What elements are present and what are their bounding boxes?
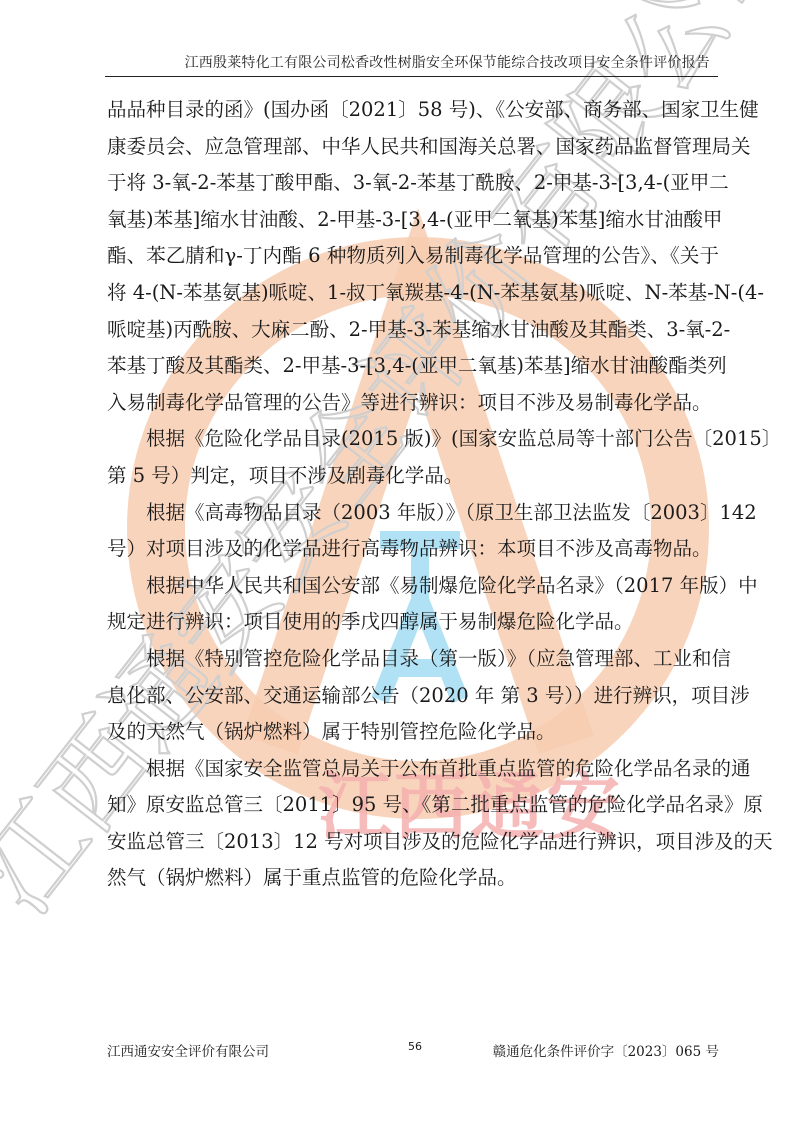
paragraph-explosive-precursors: 根据中华人民共和国公安部《易制爆危险化学品名录》（2017 年版）中 规定进行辨… xyxy=(107,568,719,641)
text-line: 知》原安监总管三〔2011〕95 号、《第二批重点监管的危险化学品名录》原 xyxy=(107,787,719,824)
text-line: 于将 3-氧-2-苯基丁酸甲酯、3-氧-2-苯基丁酰胺、2-甲基-3-[3,4-… xyxy=(107,165,719,202)
text-line: 酯、苯乙腈和γ-丁内酯 6 种物质列入易制毒化学品管理的公告》、《关于 xyxy=(107,238,719,275)
text-line: 然气（锅炉燃料）属于重点监管的危险化学品。 xyxy=(107,860,719,897)
text-line: 哌啶基)丙酰胺、大麻二酚、2-甲基-3-苯基缩水甘油酸及其酯类、3-氧-2- xyxy=(107,312,719,349)
text-line: 入易制毒化学品管理的公告》等进行辨识：项目不涉及易制毒化学品。 xyxy=(107,385,719,422)
page-number: 56 xyxy=(408,1040,422,1053)
paragraph-highly-toxic-chemicals: 根据《危险化学品目录(2015 版)》(国家安监总局等十部门公告〔2015〕 第… xyxy=(107,421,719,494)
paragraph-special-control-chemicals: 根据《特别管控危险化学品目录（第一版）》（应急管理部、工业和信 息化部、公安部、… xyxy=(107,641,719,751)
text-line: 品品种目录的函》(国办函〔2021〕58 号)、《公安部、商务部、国家卫生健 xyxy=(107,92,719,129)
text-line: 根据《国家安全监管总局关于公布首批重点监管的危险化学品名录的通 xyxy=(107,751,719,788)
text-line: 第 5 号）判定，项目不涉及剧毒化学品。 xyxy=(107,458,719,495)
text-line: 根据《高毒物品目录（2003 年版）》（原卫生部卫法监发〔2003〕142 xyxy=(107,495,719,532)
document-page: 江西通安 江西通安安全评价有限公司 江西殷莱特化工有限公司松香改性树脂安全环保节… xyxy=(0,0,794,1123)
text-line: 号）对项目涉及的化学品进行高毒物品辨识：本项目不涉及高毒物品。 xyxy=(107,531,719,568)
text-line: 息化部、公安部、交通运输部公告（2020 年 第 3 号））进行辨识，项目涉 xyxy=(107,678,719,715)
text-line: 安监总管三〔2013〕12 号对项目涉及的危险化学品进行辨识，项目涉及的天 xyxy=(107,824,719,861)
text-line: 根据《特别管控危险化学品目录（第一版）》（应急管理部、工业和信 xyxy=(107,641,719,678)
text-line: 苯基丁酸及其酯类、2-甲基-3-[3,4-(亚甲二氧基)苯基]缩水甘油酸酯类列 xyxy=(107,348,719,385)
text-line: 康委员会、应急管理部、中华人民共和国海关总署、国家药品监督管理局关 xyxy=(107,129,719,166)
document-body: 品品种目录的函》(国办函〔2021〕58 号)、《公安部、商务部、国家卫生健 康… xyxy=(107,92,719,897)
paragraph-high-toxicity-items: 根据《高毒物品目录（2003 年版）》（原卫生部卫法监发〔2003〕142 号）… xyxy=(107,495,719,568)
text-line: 氧基)苯基]缩水甘油酸、2-甲基-3-[3,4-(亚甲二氧基)苯基]缩水甘油酸甲 xyxy=(107,202,719,239)
text-line: 将 4-(N-苯基氨基)哌啶、1-叔丁氧羰基-4-(N-苯基氨基)哌啶、N-苯基… xyxy=(107,275,719,312)
text-line: 根据中华人民共和国公安部《易制爆危险化学品名录》（2017 年版）中 xyxy=(107,568,719,605)
text-line: 及的天然气（锅炉燃料）属于特别管控危险化学品。 xyxy=(107,714,719,751)
page-header: 江西殷莱特化工有限公司松香改性树脂安全环保节能综合技改项目安全条件评价报告 xyxy=(105,52,718,77)
text-line: 规定进行辨识：项目使用的季戊四醇属于易制爆危险化学品。 xyxy=(107,604,719,641)
paragraph-precursor-chemicals: 品品种目录的函》(国办函〔2021〕58 号)、《公安部、商务部、国家卫生健 康… xyxy=(107,92,719,421)
footer-company: 江西通安安全评价有限公司 xyxy=(107,1040,269,1060)
page-footer: 江西通安安全评价有限公司 56 赣通危化条件评价字〔2023〕065 号 xyxy=(107,1040,719,1060)
footer-doc-number: 赣通危化条件评价字〔2023〕065 号 xyxy=(493,1040,719,1060)
paragraph-key-supervised-chemicals: 根据《国家安全监管总局关于公布首批重点监管的危险化学品名录的通 知》原安监总管三… xyxy=(107,751,719,897)
report-title: 江西殷莱特化工有限公司松香改性树脂安全环保节能综合技改项目安全条件评价报告 xyxy=(185,55,718,71)
text-line: 根据《危险化学品目录(2015 版)》(国家安监总局等十部门公告〔2015〕 xyxy=(107,421,719,458)
